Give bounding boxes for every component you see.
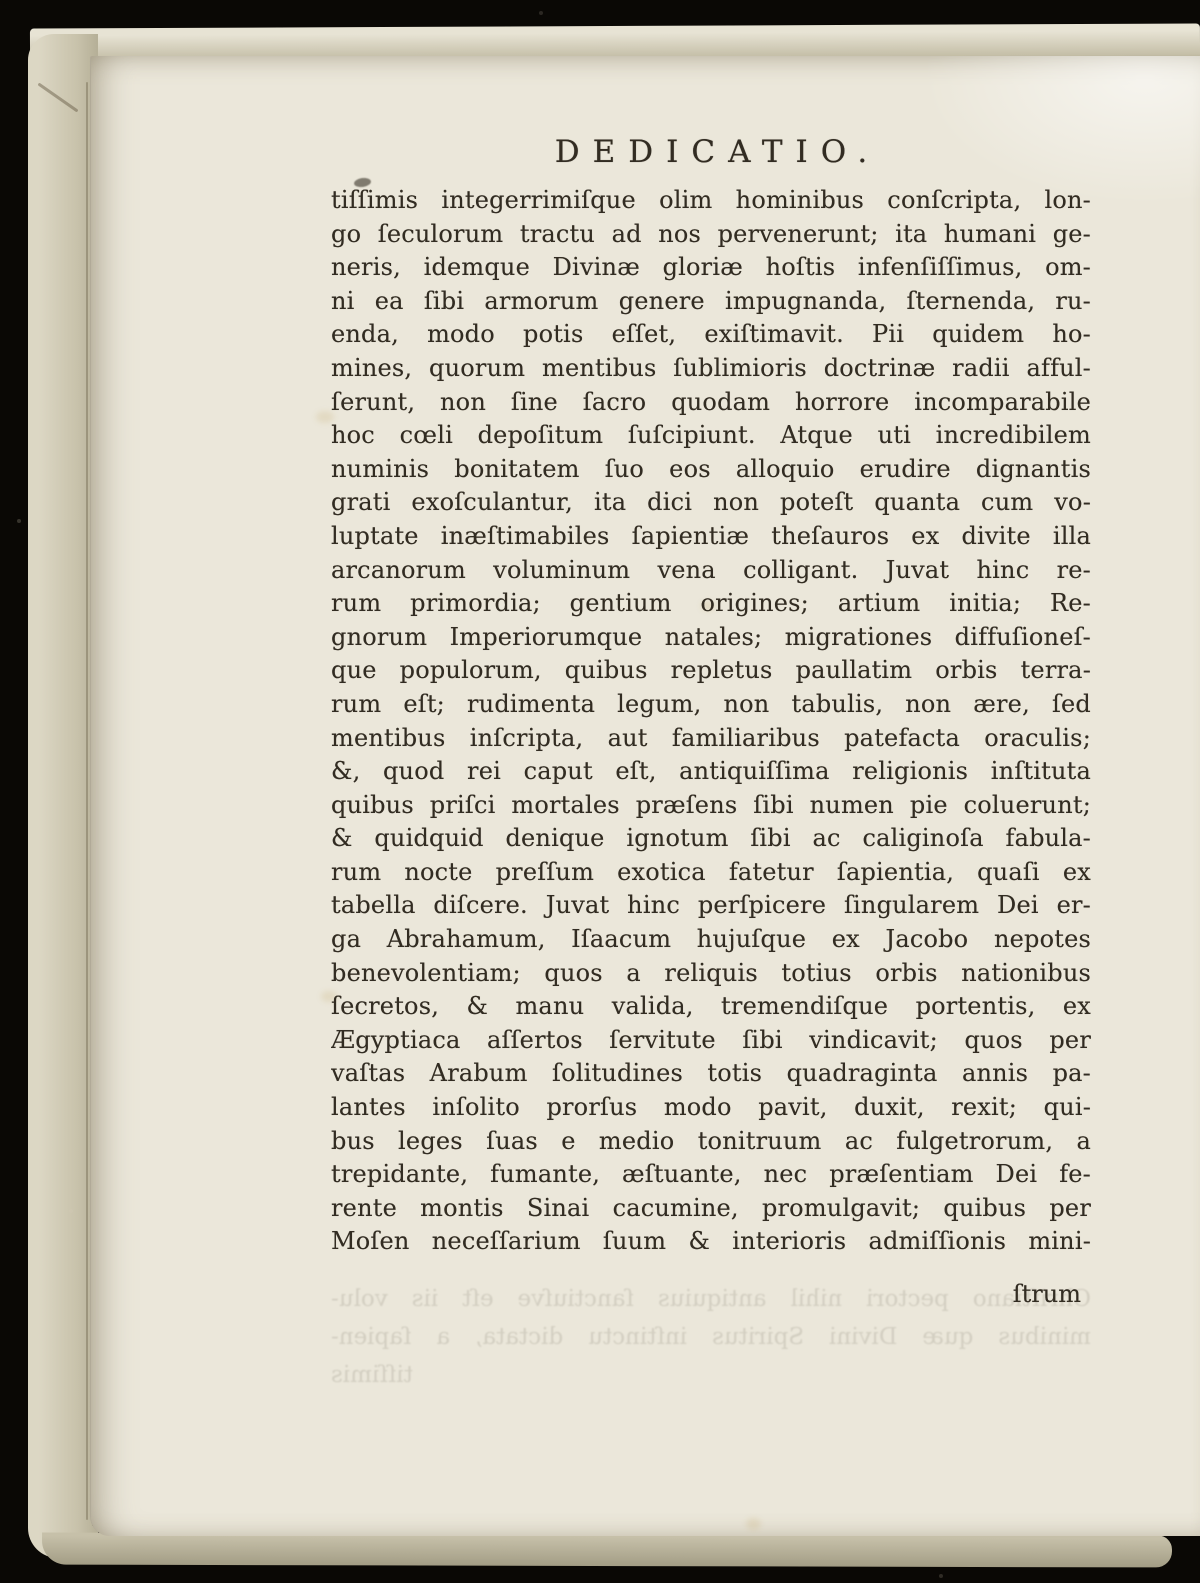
text-line: go ſeculorum tractu ad nos pervenerunt; … xyxy=(331,218,1091,252)
paper-stain xyxy=(746,1518,761,1530)
book-cover-bottom-edge xyxy=(42,1533,1172,1568)
text-line: rum eſt; rudimenta legum, non tabulis, n… xyxy=(331,688,1091,722)
text-line: &, quod rei caput eſt, antiquiſſima reli… xyxy=(331,755,1091,789)
text-line: grati exoſculantur, ita dici non poteſt … xyxy=(331,486,1091,520)
text-line: tiſſimis integerrimiſque olim hominibus … xyxy=(331,184,1091,218)
text-line: mines, quorum mentibus ſublimioris doctr… xyxy=(331,352,1091,386)
text-line: neris, idemque Divinæ gloriæ hoſtis infe… xyxy=(331,251,1091,285)
text-line: luptate inæſtimabiles ſapientiæ theſauro… xyxy=(331,520,1091,554)
text-line: rum nocte preſſum exotica fatetur ſapien… xyxy=(331,856,1091,890)
text-line: lantes inſolito prorſus modo pavit, duxi… xyxy=(331,1091,1091,1125)
text-line: tabella diſcere. Juvat hinc perſpicere ſ… xyxy=(331,889,1091,923)
text-line: numinis bonitatem ſuo eos alloquio erudi… xyxy=(331,453,1091,487)
text-line: gnorum Imperiorumque natales; migratione… xyxy=(331,621,1091,655)
scan-background: DEDICATIO. tiſſimis integerrimiſque olim… xyxy=(0,0,1200,1583)
text-line: mentibus inſcripta, aut familiaribus pat… xyxy=(331,722,1091,756)
text-line: trepidante, fumante, æſtuante, nec præſe… xyxy=(331,1158,1091,1192)
text-line: arcanorum voluminum vena colligant. Juva… xyxy=(331,554,1091,588)
text-line: benevolentiam; quos a reliquis totius or… xyxy=(331,957,1091,991)
text-line: que populorum, quibus repletus paullatim… xyxy=(331,654,1091,688)
text-line: rente montis Sinai cacumine, promulgavit… xyxy=(331,1192,1091,1226)
body-text: tiſſimis integerrimiſque olim hominibus … xyxy=(331,184,1091,1259)
dust-specks xyxy=(0,0,2,2)
text-line: enda, modo potis eſſet, exiſtimavit. Pii… xyxy=(331,318,1091,352)
show-through-line: minibus quæ Divini Spiritus inſtinctu di… xyxy=(331,1318,1091,1356)
text-line: rum primordia; gentium origines; artium … xyxy=(331,587,1091,621)
text-line: hoc cœli depoſitum ſuſcipiunt. Atque uti… xyxy=(331,419,1091,453)
page-title: DEDICATIO. xyxy=(331,130,1091,174)
text-column: DEDICATIO. tiſſimis integerrimiſque olim… xyxy=(331,130,1091,1311)
text-line: & quidquid denique ignotum ſibi ac calig… xyxy=(331,822,1091,856)
text-line: ni ea ſibi armorum genere impugnanda, ſt… xyxy=(331,285,1091,319)
show-through-line: tiſſimis xyxy=(331,1356,1091,1394)
page-stack-edge-line xyxy=(86,82,88,1520)
show-through-text: Chriſtiano pectori nihil antiquius ſanct… xyxy=(331,1280,1091,1394)
text-line: vaſtas Arabum ſolitudines totis quadragi… xyxy=(331,1057,1091,1091)
show-through-line: Chriſtiano pectori nihil antiquius ſanct… xyxy=(331,1280,1091,1318)
text-line: ga Abrahamum, Iſaacum hujuſque ex Jacobo… xyxy=(331,923,1091,957)
book-page: DEDICATIO. tiſſimis integerrimiſque olim… xyxy=(90,56,1200,1536)
text-line: ſerunt, non ſine ſacro quodam horrore in… xyxy=(331,386,1091,420)
text-line: quibus priſci mortales præſens ſibi nume… xyxy=(331,789,1091,823)
text-line: Moſen neceſſarium ſuum & interioris admi… xyxy=(331,1225,1091,1259)
text-line: Ægyptiaca aſſertos ſervitute ſibi vindic… xyxy=(331,1024,1091,1058)
text-line: bus leges ſuas e medio tonitruum ac fulg… xyxy=(331,1125,1091,1159)
text-line: ſecretos, & manu valida, tremendiſque po… xyxy=(331,990,1091,1024)
